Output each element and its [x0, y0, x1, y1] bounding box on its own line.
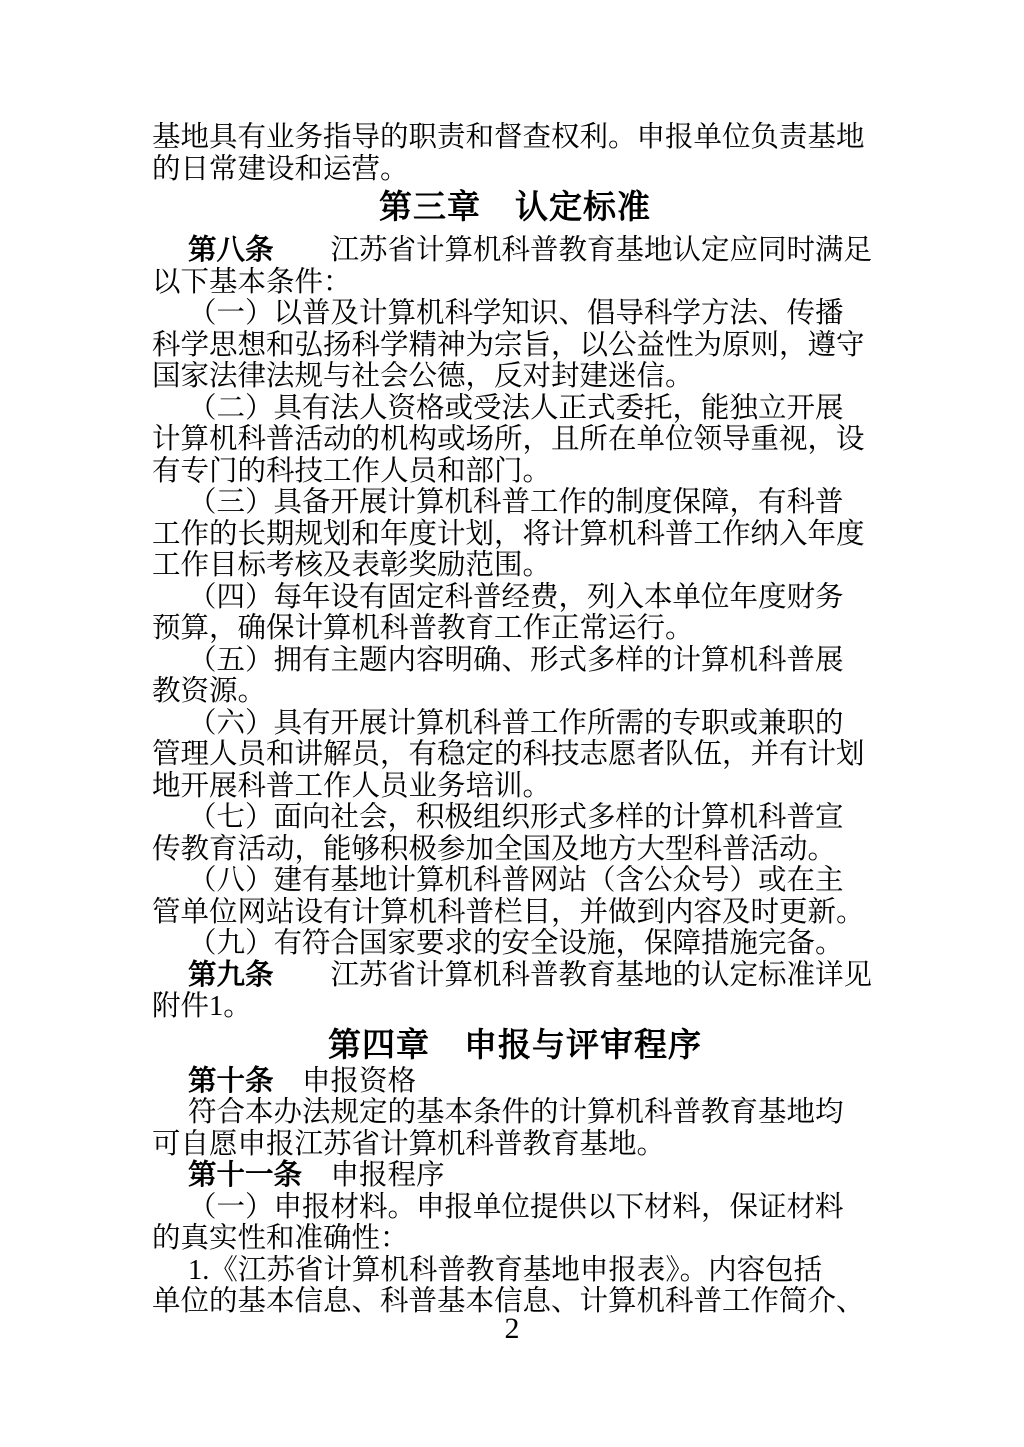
text-line: （二）具有法人资格或受法人正式委托，能独立开展 [152, 393, 878, 425]
article-text: 江苏省计算机科普教育基地认定应同时满足 [274, 235, 873, 266]
text-line: 国家法律法规与社会公德，反对封建迷信。 [152, 361, 878, 393]
text-line: 教资源。 [152, 676, 878, 708]
text-line: （九）有符合国家要求的安全设施，保障措施完备。 [152, 928, 878, 960]
text-line: 附件1。 [152, 991, 878, 1023]
text-line: （五）拥有主题内容明确、形式多样的计算机科普展 [152, 645, 878, 677]
text-line: 工作目标考核及表彰奖励范围。 [152, 550, 878, 582]
text-line: （八）建有基地计算机科普网站（含公众号）或在主 [152, 865, 878, 897]
text-line: 管理人员和讲解员，有稳定的科技志愿者队伍，并有计划 [152, 739, 878, 771]
text-line: 科学思想和弘扬科学精神为宗旨，以公益性为原则，遵守 [152, 330, 878, 362]
article-line: 第八条 江苏省计算机科普教育基地认定应同时满足 [152, 235, 878, 267]
document-body: 基地具有业务指导的职责和督查权利。申报单位负责基地的日常建设和运营。第三章 认定… [152, 122, 878, 1318]
text-line: 基地具有业务指导的职责和督查权利。申报单位负责基地 [152, 122, 878, 154]
chapter-heading: 第四章 申报与评审程序 [152, 1024, 878, 1066]
text-line: 的日常建设和运营。 [152, 154, 878, 186]
text-line: （七）面向社会，积极组织形式多样的计算机科普宣 [152, 802, 878, 834]
article-text: 江苏省计算机科普教育基地的认定标准详见 [274, 960, 873, 991]
text-line: （四）每年设有固定科普经费，列入本单位年度财务 [152, 582, 878, 614]
text-line: 1.《江苏省计算机科普教育基地申报表》。内容包括 [152, 1255, 878, 1287]
text-line: 管单位网站设有计算机科普栏目，并做到内容及时更新。 [152, 897, 878, 929]
text-line: （三）具备开展计算机科普工作的制度保障，有科普 [152, 487, 878, 519]
article-number: 第九条 [188, 960, 274, 991]
text-line: 以下基本条件： [152, 267, 878, 299]
text-line: 工作的长期规划和年度计划，将计算机科普工作纳入年度 [152, 519, 878, 551]
text-line: 的真实性和准确性： [152, 1223, 878, 1255]
article-line: 第十一条 申报程序 [152, 1160, 878, 1192]
document-page: 基地具有业务指导的职责和督查权利。申报单位负责基地的日常建设和运营。第三章 认定… [0, 0, 1024, 1447]
article-text: 申报程序 [302, 1160, 445, 1191]
text-line: 传教育活动，能够积极参加全国及地方大型科普活动。 [152, 834, 878, 866]
text-line: （六）具有开展计算机科普工作所需的专职或兼职的 [152, 708, 878, 740]
article-number: 第八条 [188, 235, 274, 266]
article-text: 申报资格 [274, 1066, 417, 1097]
chapter-heading: 第三章 认定标准 [152, 186, 878, 228]
text-line: （一）申报材料。申报单位提供以下材料，保证材料 [152, 1192, 878, 1224]
article-number: 第十一条 [188, 1160, 302, 1191]
article-line: 第九条 江苏省计算机科普教育基地的认定标准详见 [152, 960, 878, 992]
text-line: 符合本办法规定的基本条件的计算机科普教育基地均 [152, 1097, 878, 1129]
article-number: 第十条 [188, 1066, 274, 1097]
text-line: 计算机科普活动的机构或场所，且所在单位领导重视，设 [152, 424, 878, 456]
text-line: 地开展科普工作人员业务培训。 [152, 771, 878, 803]
text-line: （一）以普及计算机科学知识、倡导科学方法、传播 [152, 298, 878, 330]
text-line: 可自愿申报江苏省计算机科普教育基地。 [152, 1129, 878, 1161]
page-number: 2 [0, 1312, 1024, 1346]
text-line: 有专门的科技工作人员和部门。 [152, 456, 878, 488]
text-line: 预算，确保计算机科普教育工作正常运行。 [152, 613, 878, 645]
article-line: 第十条 申报资格 [152, 1066, 878, 1098]
